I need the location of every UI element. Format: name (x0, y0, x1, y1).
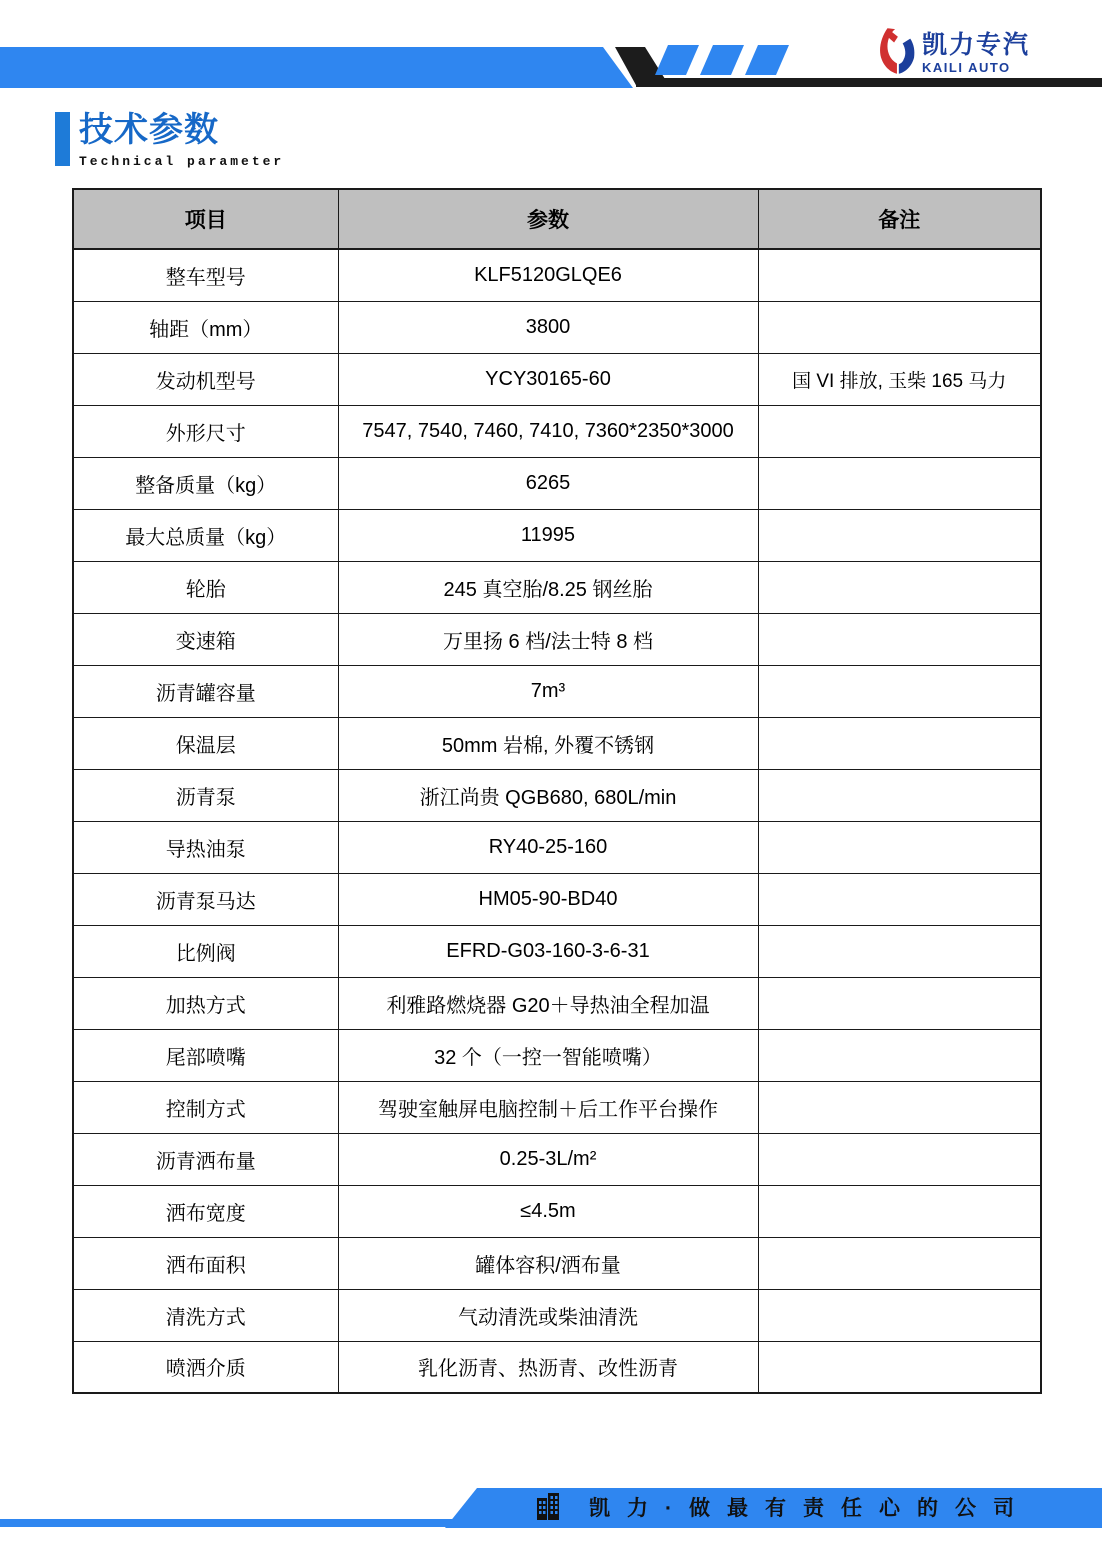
note-cell (758, 925, 1041, 977)
building-icon (536, 1492, 563, 1525)
item-cell: 最大总质量（kg） (73, 509, 338, 561)
table-row: 洒布宽度≤4.5m (73, 1185, 1041, 1237)
value-cell: 驾驶室触屏电脑控制＋后工作平台操作 (338, 1081, 758, 1133)
item-cell: 导热油泵 (73, 821, 338, 873)
table-row: 沥青罐容量7m³ (73, 665, 1041, 717)
header-blue-bar (0, 47, 633, 88)
value-cell: YCY30165-60 (338, 353, 758, 405)
brand-logo: 凯力专汽 KAILI AUTO (877, 27, 1030, 80)
value-cell: 7m³ (338, 665, 758, 717)
table-header-row: 项目 参数 备注 (73, 189, 1041, 249)
spec-table: 项目 参数 备注 整车型号KLF5120GLQE6轴距（mm）3800发动机型号… (72, 188, 1042, 1394)
table-row: 最大总质量（kg）11995 (73, 509, 1041, 561)
header-black-bar (636, 78, 1102, 87)
item-cell: 洒布宽度 (73, 1185, 338, 1237)
header-stripe-decoration (745, 45, 789, 75)
value-cell: 浙江尚贵 QGB680, 680L/min (338, 769, 758, 821)
note-cell (758, 1289, 1041, 1341)
column-header-item: 项目 (73, 189, 338, 249)
value-cell: KLF5120GLQE6 (338, 249, 758, 301)
value-cell: 3800 (338, 301, 758, 353)
note-cell (758, 717, 1041, 769)
note-cell (758, 769, 1041, 821)
table-row: 尾部喷嘴32 个（一控一智能喷嘴） (73, 1029, 1041, 1081)
item-cell: 沥青泵马达 (73, 873, 338, 925)
note-cell (758, 977, 1041, 1029)
value-cell: 利雅路燃烧器 G20＋导热油全程加温 (338, 977, 758, 1029)
note-cell (758, 457, 1041, 509)
item-cell: 变速箱 (73, 613, 338, 665)
table-row: 发动机型号YCY30165-60国 VI 排放, 玉柴 165 马力 (73, 353, 1041, 405)
title-accent-bar (55, 112, 70, 166)
value-cell: RY40-25-160 (338, 821, 758, 873)
table-row: 整车型号KLF5120GLQE6 (73, 249, 1041, 301)
note-cell (758, 665, 1041, 717)
table-row: 加热方式利雅路燃烧器 G20＋导热油全程加温 (73, 977, 1041, 1029)
item-cell: 整车型号 (73, 249, 338, 301)
item-cell: 尾部喷嘴 (73, 1029, 338, 1081)
table-row: 清洗方式气动清洗或柴油清洗 (73, 1289, 1041, 1341)
column-header-remark: 备注 (758, 189, 1041, 249)
value-cell: 气动清洗或柴油清洗 (338, 1289, 758, 1341)
note-cell (758, 1341, 1041, 1393)
note-cell (758, 509, 1041, 561)
item-cell: 保温层 (73, 717, 338, 769)
table-row: 洒布面积罐体容积/洒布量 (73, 1237, 1041, 1289)
item-cell: 沥青泵 (73, 769, 338, 821)
note-cell (758, 613, 1041, 665)
item-cell: 沥青洒布量 (73, 1133, 338, 1185)
item-cell: 沥青罐容量 (73, 665, 338, 717)
value-cell: HM05-90-BD40 (338, 873, 758, 925)
value-cell: EFRD-G03-160-3-6-31 (338, 925, 758, 977)
table-row: 保温层50mm 岩棉, 外覆不锈钢 (73, 717, 1041, 769)
value-cell: 罐体容积/洒布量 (338, 1237, 758, 1289)
page-subtitle: Technical parameter (79, 154, 284, 169)
item-cell: 加热方式 (73, 977, 338, 1029)
value-cell: 245 真空胎/8.25 钢丝胎 (338, 561, 758, 613)
item-cell: 清洗方式 (73, 1289, 338, 1341)
value-cell: 32 个（一控一智能喷嘴） (338, 1029, 758, 1081)
table-row: 沥青泵浙江尚贵 QGB680, 680L/min (73, 769, 1041, 821)
table-row: 控制方式驾驶室触屏电脑控制＋后工作平台操作 (73, 1081, 1041, 1133)
item-cell: 比例阀 (73, 925, 338, 977)
note-cell: 国 VI 排放, 玉柴 165 马力 (758, 353, 1041, 405)
brand-name-cn: 凯力专汽 (922, 33, 1030, 58)
value-cell: 乳化沥青、热沥青、改性沥青 (338, 1341, 758, 1393)
note-cell (758, 873, 1041, 925)
value-cell: 50mm 岩棉, 外覆不锈钢 (338, 717, 758, 769)
kaili-logo-icon (877, 27, 915, 80)
item-cell: 发动机型号 (73, 353, 338, 405)
value-cell: 万里扬 6 档/法士特 8 档 (338, 613, 758, 665)
header-stripe-decoration (700, 45, 744, 75)
section-title-block: 技术参数 Technical parameter (55, 112, 284, 169)
table-row: 比例阀EFRD-G03-160-3-6-31 (73, 925, 1041, 977)
column-header-parameter: 参数 (338, 189, 758, 249)
table-row: 沥青洒布量0.25-3L/m² (73, 1133, 1041, 1185)
table-row: 轮胎245 真空胎/8.25 钢丝胎 (73, 561, 1041, 613)
note-cell (758, 1185, 1041, 1237)
table-row: 变速箱万里扬 6 档/法士特 8 档 (73, 613, 1041, 665)
note-cell (758, 301, 1041, 353)
item-cell: 控制方式 (73, 1081, 338, 1133)
page-title: 技术参数 (79, 112, 284, 149)
note-cell (758, 1081, 1041, 1133)
item-cell: 喷洒介质 (73, 1341, 338, 1393)
table-row: 外形尺寸7547, 7540, 7460, 7410, 7360*2350*30… (73, 405, 1041, 457)
footer-slogan: 凯力·做最有责任心的公司 (589, 1498, 1031, 1519)
footer-accent-line (0, 1519, 470, 1527)
note-cell (758, 821, 1041, 873)
note-cell (758, 249, 1041, 301)
value-cell: 0.25-3L/m² (338, 1133, 758, 1185)
value-cell: ≤4.5m (338, 1185, 758, 1237)
value-cell: 6265 (338, 457, 758, 509)
item-cell: 轮胎 (73, 561, 338, 613)
item-cell: 整备质量（kg） (73, 457, 338, 509)
note-cell (758, 1133, 1041, 1185)
table-row: 整备质量（kg）6265 (73, 457, 1041, 509)
note-cell (758, 405, 1041, 457)
note-cell (758, 1237, 1041, 1289)
value-cell: 7547, 7540, 7460, 7410, 7360*2350*3000 (338, 405, 758, 457)
table-row: 导热油泵RY40-25-160 (73, 821, 1041, 873)
table-row: 喷洒介质乳化沥青、热沥青、改性沥青 (73, 1341, 1041, 1393)
table-row: 沥青泵马达HM05-90-BD40 (73, 873, 1041, 925)
note-cell (758, 1029, 1041, 1081)
table-body: 整车型号KLF5120GLQE6轴距（mm）3800发动机型号YCY30165-… (73, 249, 1041, 1393)
item-cell: 轴距（mm） (73, 301, 338, 353)
table-row: 轴距（mm）3800 (73, 301, 1041, 353)
footer-banner: 凯力·做最有责任心的公司 (445, 1488, 1102, 1528)
item-cell: 洒布面积 (73, 1237, 338, 1289)
item-cell: 外形尺寸 (73, 405, 338, 457)
value-cell: 11995 (338, 509, 758, 561)
note-cell (758, 561, 1041, 613)
header-stripe-decoration (655, 45, 699, 75)
brand-name-en: KAILI AUTO (922, 61, 1030, 74)
